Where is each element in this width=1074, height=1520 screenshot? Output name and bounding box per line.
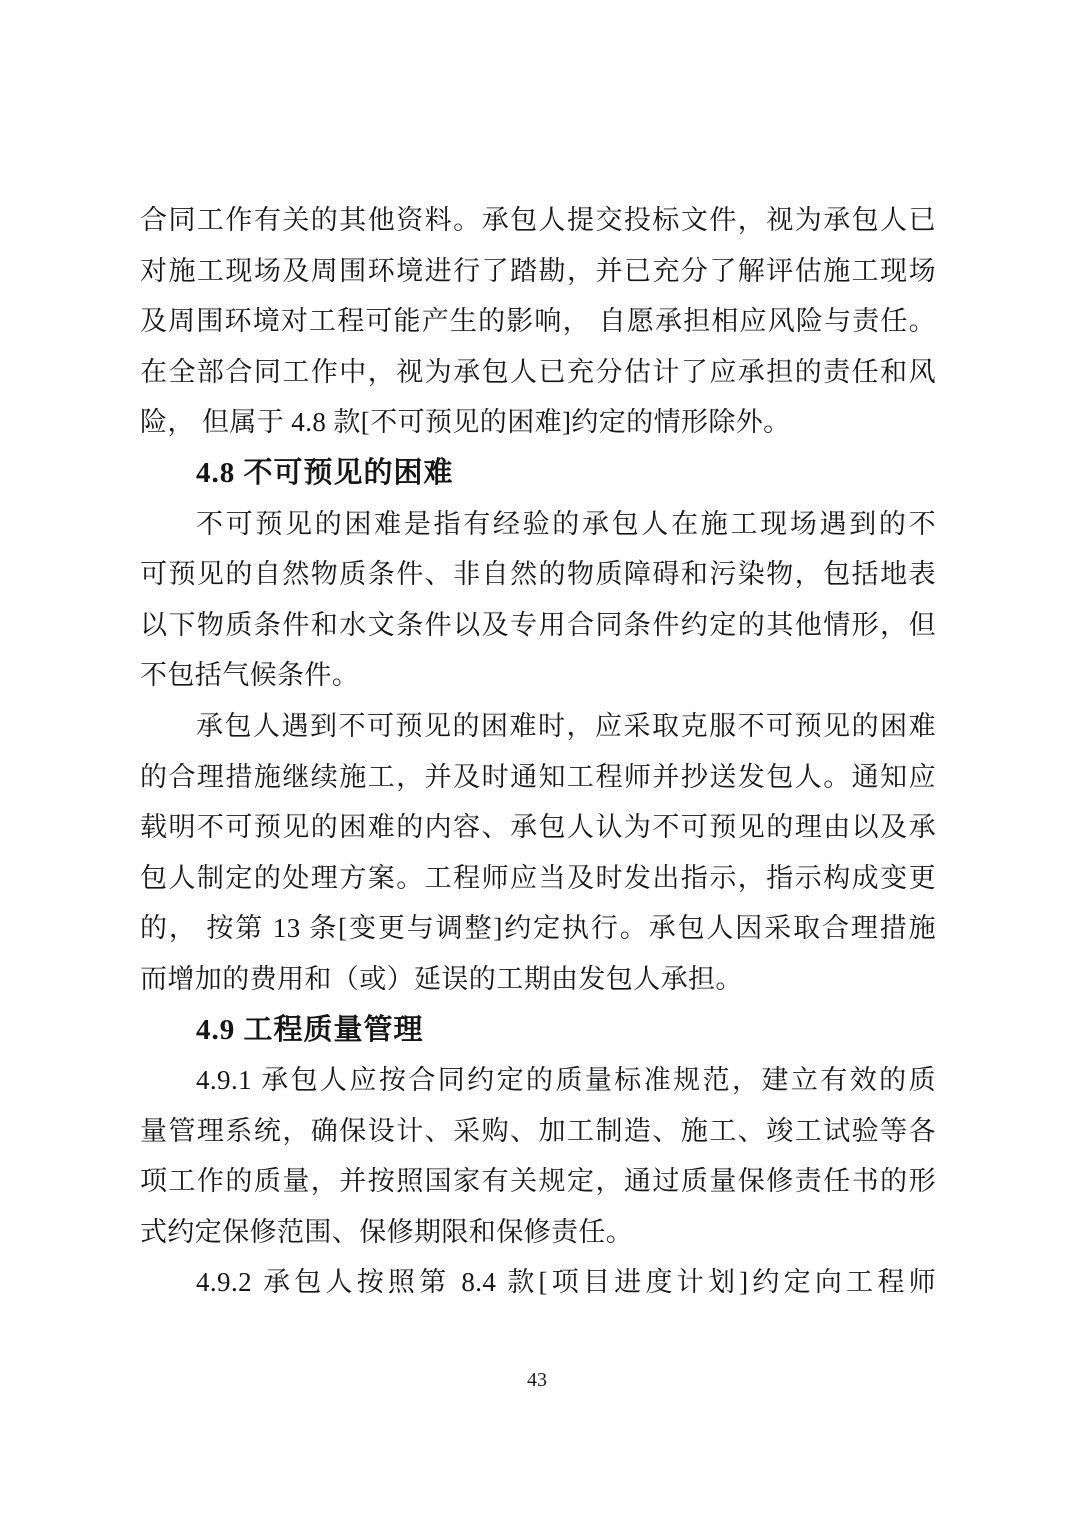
text-line: 合同工作有关的其他资料。承包人提交投标文件，视为承包人已 [140,195,936,246]
text-line: 对施工现场及周围环境进行了踏勘，并已充分了解评估施工现场 [140,246,936,297]
text-line: 载明不可预见的困难的内容、承包人认为不可预见的理由以及承 [140,802,936,853]
text-line: 的， 按第 13 条[变更与调整]约定执行。承包人因采取合理措施 [140,903,936,954]
text-line: 量管理系统，确保设计、采购、加工制造、施工、竣工试验等各 [140,1106,936,1157]
text-line: 项工作的质量，并按照国家有关规定，通过质量保修责任书的形 [140,1156,936,1207]
text-line: 以下物质条件和水文条件以及专用合同条件约定的其他情形，但 [140,600,936,651]
text-line: 不包括气候条件。 [140,650,936,701]
section-heading: 4.9 工程质量管理 [140,1005,936,1056]
text-line: 而增加的费用和（或）延误的工期由发包人承担。 [140,954,936,1005]
page-number: 43 [0,1365,1074,1395]
text-line: 的合理措施继续施工，并及时通知工程师并抄送发包人。通知应 [140,752,936,803]
text-line: 式约定保修范围、保修期限和保修责任。 [140,1207,936,1258]
text-line: 不可预见的困难是指有经验的承包人在施工现场遇到的不 [140,499,936,550]
text-line: 包人制定的处理方案。工程师应当及时发出指示，指示构成变更 [140,853,936,904]
text-line: 险， 但属于 4.8 款[不可预见的困难]约定的情形除外。 [140,397,936,448]
text-line: 4.9.1 承包人应按合同约定的质量标准规范，建立有效的质 [140,1055,936,1106]
text-line: 承包人遇到不可预见的困难时，应采取克服不可预见的困难 [140,701,936,752]
text-line: 及周围环境对工程可能产生的影响， 自愿承担相应风险与责任。 [140,296,936,347]
section-heading: 4.8 不可预见的困难 [140,448,936,499]
text-line: 4.9.2 承包人按照第 8.4 款[项目进度计划]约定向工程师 [140,1257,936,1308]
text-flow: 合同工作有关的其他资料。承包人提交投标文件，视为承包人已对施工现场及周围环境进行… [140,195,936,1308]
text-line: 可预见的自然物质条件、非自然的物质障碍和污染物，包括地表 [140,549,936,600]
text-line: 在全部合同工作中，视为承包人已充分估计了应承担的责任和风 [140,347,936,398]
document-page: 合同工作有关的其他资料。承包人提交投标文件，视为承包人已对施工现场及周围环境进行… [0,0,1074,1520]
